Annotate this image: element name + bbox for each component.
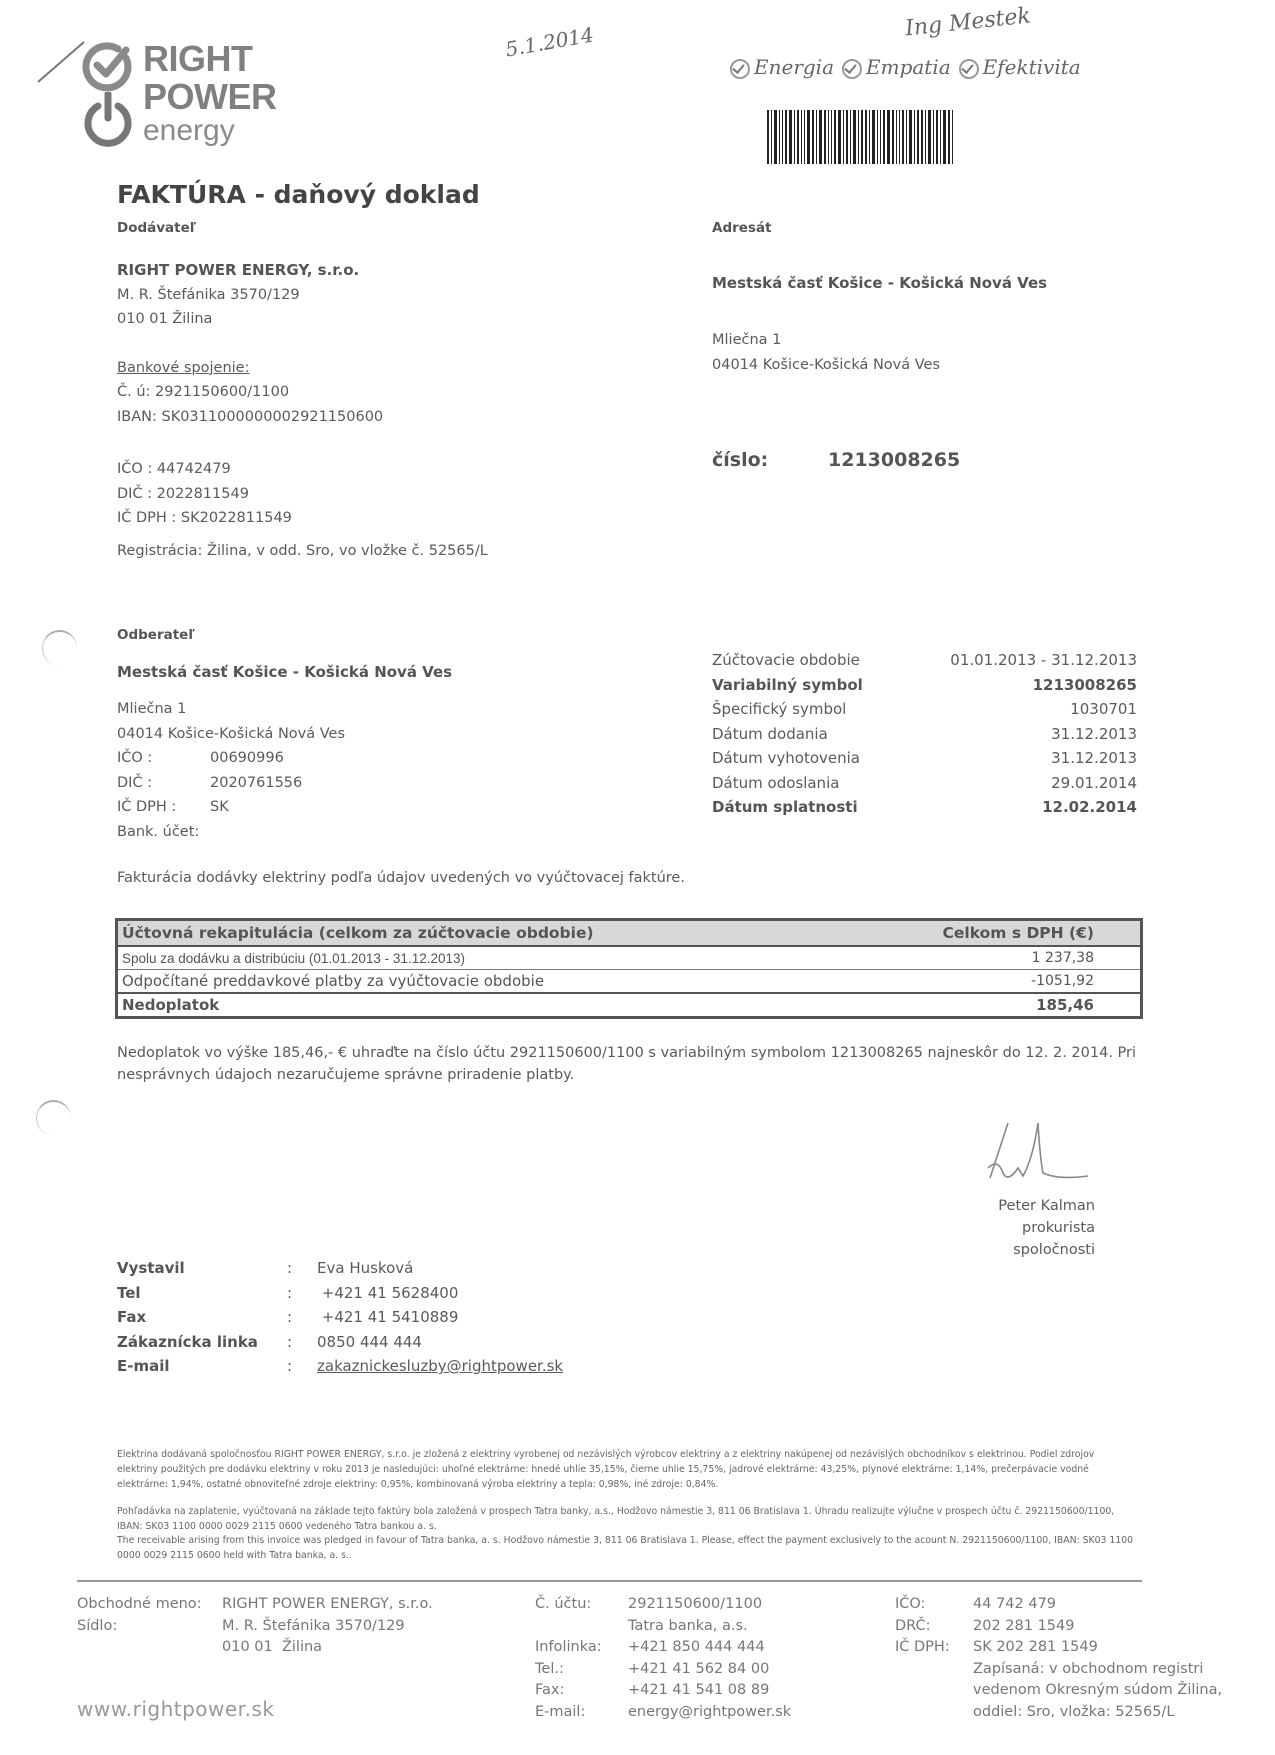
bank-connection-label: Bankové spojenie: — [117, 356, 488, 381]
customer-field-key: IČO : — [117, 746, 210, 771]
customer-city: 04014 Košice-Košická Nová Ves — [117, 722, 345, 747]
contact-row: Fax: +421 41 5410889 — [117, 1305, 563, 1330]
logo-line-3: energy — [143, 116, 277, 146]
detail-value: 29.01.2014 — [1051, 771, 1137, 796]
pledge-notice-en: The receivable arising from this invoice… — [117, 1533, 1137, 1563]
footer-label: IČO: — [895, 1594, 973, 1616]
pen-stroke-mark — [36, 38, 86, 88]
detail-value: 1213008265 — [1033, 673, 1137, 698]
footer-row: Fax:+421 41 541 08 89 — [535, 1680, 791, 1702]
supplier-icdph: IČ DPH : SK2022811549 — [117, 506, 488, 531]
detail-label: Dátum splatnosti — [712, 795, 858, 820]
detail-label: Dátum odoslania — [712, 771, 839, 796]
motto-item: Efektivita — [959, 55, 1081, 79]
contact-row: Zákaznícka linka:0850 444 444 — [117, 1330, 563, 1355]
addressee-city: 04014 Košice-Košická Nová Ves — [712, 353, 940, 378]
footer-value: +421 41 541 08 89 — [628, 1680, 769, 1702]
recap-row-amount: 1 237,38 — [837, 946, 1141, 970]
footer-label — [895, 1659, 973, 1681]
footer-company: Obchodné meno:RIGHT POWER ENERGY, s.r.o.… — [77, 1594, 433, 1659]
barcode — [767, 110, 1034, 164]
detail-label: Variabilný symbol — [712, 673, 863, 698]
footer-row: Tatra banka, a.s. — [535, 1616, 791, 1638]
footer-value: +421 41 562 84 00 — [628, 1659, 769, 1681]
detail-value: 12.02.2014 — [1042, 795, 1137, 820]
check-circle-icon — [842, 59, 862, 79]
contact-label: Vystavil — [117, 1256, 287, 1281]
footer-value: oddiel: Sro, vložka: 52565/L — [973, 1702, 1174, 1724]
footer-row: Obchodné meno:RIGHT POWER ENERGY, s.r.o. — [77, 1594, 433, 1616]
customer-field-value: SK — [210, 795, 229, 820]
contact-value: +421 41 5628400 — [317, 1281, 458, 1306]
footer-value: RIGHT POWER ENERGY, s.r.o. — [222, 1594, 433, 1616]
punch-hole-mark — [42, 630, 77, 666]
supplier-street: M. R. Štefánika 3570/129 — [117, 283, 488, 308]
energy-mix-disclosure: Elektrina dodávaná spoločnosťou RIGHT PO… — [117, 1447, 1137, 1492]
logo-line-1: RIGHT — [143, 40, 277, 78]
footer-label: IČ DPH: — [895, 1637, 973, 1659]
footer-value: Tatra banka, a.s. — [628, 1616, 748, 1638]
pledge-notice-sk: Pohľadávka na zaplatenie, vyúčtovaná na … — [117, 1504, 1137, 1534]
contact-row: E-mail:zakaznickesluzby@rightpower.sk — [117, 1354, 563, 1379]
recap-total-row: Nedoplatok 185,46 — [117, 993, 1142, 1018]
contact-info: Vystavil:Eva HuskováTel: +421 41 5628400… — [117, 1256, 563, 1379]
company-logo: RIGHT POWER energy — [143, 40, 277, 146]
footer-row: Infolinka:+421 850 444 444 — [535, 1637, 791, 1659]
check-circle-icon — [80, 38, 136, 94]
detail-label: Dátum vyhotovenia — [712, 746, 860, 771]
signatory-role: prokurista spoločnosti — [940, 1217, 1095, 1261]
footer-divider — [77, 1580, 1142, 1582]
footer-row: IČ DPH:SK 202 281 1549 — [895, 1637, 1222, 1659]
signatory: Peter Kalman prokurista spoločnosti — [940, 1195, 1095, 1261]
signature-scribble — [978, 1118, 1098, 1198]
recap-header: Účtovná rekapitulácia (celkom za zúčtova… — [117, 920, 838, 947]
footer-value: SK 202 281 1549 — [973, 1637, 1098, 1659]
footer-row: Tel.:+421 41 562 84 00 — [535, 1659, 791, 1681]
detail-value: 01.01.2013 - 31.12.2013 — [950, 648, 1137, 673]
footer-label: Č. účtu: — [535, 1594, 628, 1616]
footer-label: Tel.: — [535, 1659, 628, 1681]
detail-row: Variabilný symbol1213008265 — [712, 673, 1137, 698]
footer-label — [535, 1616, 628, 1638]
check-circle-icon — [730, 59, 750, 79]
footer-label — [895, 1702, 973, 1724]
contact-value: 0850 444 444 — [317, 1330, 422, 1355]
supplier-block: RIGHT POWER ENERGY, s.r.o. M. R. Štefáni… — [117, 258, 488, 563]
detail-row: Špecifický symbol1030701 — [712, 697, 1137, 722]
contact-label: E-mail — [117, 1354, 287, 1379]
supplier-iban: IBAN: SK0311000000002921150600 — [117, 405, 488, 430]
footer-row: vedenom Okresným súdom Žilina, — [895, 1680, 1222, 1702]
detail-row: Dátum odoslania29.01.2014 — [712, 771, 1137, 796]
detail-value: 31.12.2013 — [1051, 722, 1137, 747]
recap-table: Účtovná rekapitulácia (celkom za zúčtova… — [115, 918, 1143, 1019]
customer-name: Mestská časť Košice - Košická Nová Ves — [117, 663, 452, 681]
recap-row-amount: -1051,92 — [837, 970, 1141, 994]
customer-field-key: DIČ : — [117, 771, 210, 796]
handwritten-date: 5.1.2014 — [504, 22, 596, 61]
recap-header-amount: Celkom s DPH (€) — [837, 920, 1141, 947]
footer-label: E-mail: — [535, 1702, 628, 1724]
customer-field: IČ DPH :SK — [117, 795, 345, 820]
footer-contacts: Č. účtu:2921150600/1100Tatra banka, a.s.… — [535, 1594, 791, 1723]
footer-label: Infolinka: — [535, 1637, 628, 1659]
contact-row: Tel: +421 41 5628400 — [117, 1281, 563, 1306]
footer-label: Fax: — [535, 1680, 628, 1702]
footer-value: 010 01 Žilina — [222, 1637, 322, 1659]
footer-label — [895, 1680, 973, 1702]
company-motto: Energia Empatia Efektivita — [730, 55, 1081, 79]
supplier-label: Dodávateľ — [117, 220, 196, 236]
colon-separator: : — [287, 1305, 317, 1330]
colon-separator: : — [287, 1354, 317, 1379]
footer-row: Č. účtu:2921150600/1100 — [535, 1594, 791, 1616]
supplier-ico: IČO : 44742479 — [117, 457, 488, 482]
customer-field: DIČ :2020761556 — [117, 771, 345, 796]
footer-row: DRČ:202 281 1549 — [895, 1616, 1222, 1638]
table-row: Odpočítané preddavkové platby za vyúčtov… — [117, 970, 1142, 994]
contact-label: Fax — [117, 1305, 287, 1330]
motto-item: Energia — [730, 55, 834, 79]
detail-label: Dátum dodania — [712, 722, 828, 747]
detail-value: 31.12.2013 — [1051, 746, 1137, 771]
footer-value: energy@rightpower.sk — [628, 1702, 791, 1724]
addressee-name: Mestská časť Košice - Košická Nová Ves — [712, 274, 1047, 292]
document-title: FAKTÚRA - daňový doklad — [117, 180, 480, 209]
footer-label — [77, 1637, 222, 1659]
recap-total-label: Nedoplatok — [117, 993, 838, 1018]
contact-row: Vystavil:Eva Husková — [117, 1256, 563, 1281]
customer-field-key: Bank. účet: — [117, 820, 210, 845]
colon-separator: : — [287, 1256, 317, 1281]
payment-instructions: Nedoplatok vo výške 185,46,- € uhraďte n… — [117, 1042, 1137, 1086]
detail-label: Špecifický symbol — [712, 697, 846, 722]
punch-hole-mark — [36, 1100, 71, 1136]
footer-value: 202 281 1549 — [973, 1616, 1074, 1638]
addressee-label: Adresát — [712, 220, 772, 236]
footer-label: DRČ: — [895, 1616, 973, 1638]
footer-row: E-mail:energy@rightpower.sk — [535, 1702, 791, 1724]
footer-label: Sídlo: — [77, 1616, 222, 1638]
supplier-name: RIGHT POWER ENERGY, s.r.o. — [117, 258, 488, 283]
footer-value: 2921150600/1100 — [628, 1594, 762, 1616]
website-link[interactable]: www.rightpower.sk — [77, 1697, 274, 1721]
table-row: Spolu za dodávku a distribúciu (01.01.20… — [117, 946, 1142, 970]
recap-header-row: Účtovná rekapitulácia (celkom za zúčtova… — [117, 920, 1142, 947]
recap-total-amount: 185,46 — [837, 993, 1141, 1018]
detail-row: Dátum splatnosti12.02.2014 — [712, 795, 1137, 820]
footer-value: +421 850 444 444 — [628, 1637, 765, 1659]
detail-row: Zúčtovacie obdobie01.01.2013 - 31.12.201… — [712, 648, 1137, 673]
invoice-number: 1213008265 — [828, 449, 960, 471]
billing-note: Fakturácia dodávky elektriny podľa údajo… — [117, 870, 685, 886]
customer-field: Bank. účet: — [117, 820, 345, 845]
footer-row: IČO:44 742 479 — [895, 1594, 1222, 1616]
detail-row: Dátum dodania31.12.2013 — [712, 722, 1137, 747]
supplier-dic: DIČ : 2022811549 — [117, 482, 488, 507]
signatory-name: Peter Kalman — [940, 1195, 1095, 1217]
power-icon — [80, 92, 136, 148]
customer-field: IČO :00690996 — [117, 746, 345, 771]
handwritten-signature: Ing Mestek — [904, 3, 1032, 41]
footer-row: oddiel: Sro, vložka: 52565/L — [895, 1702, 1222, 1724]
footer-row: 010 01 Žilina — [77, 1637, 433, 1659]
addressee-address: Mliečna 1 04014 Košice-Košická Nová Ves — [712, 328, 940, 377]
recap-row-label: Spolu za dodávku a distribúciu (01.01.20… — [117, 946, 838, 970]
customer-field-value: 00690996 — [210, 746, 284, 771]
recap-row-label: Odpočítané preddavkové platby za vyúčtov… — [117, 970, 838, 994]
logo-line-2: POWER — [143, 78, 277, 116]
motto-item: Empatia — [842, 55, 951, 79]
footer-value: 44 742 479 — [973, 1594, 1056, 1616]
detail-label: Zúčtovacie obdobie — [712, 648, 860, 673]
customer-block: Mliečna 1 04014 Košice-Košická Nová Ves … — [117, 697, 345, 844]
addressee-street: Mliečna 1 — [712, 328, 940, 353]
footer-value: vedenom Okresným súdom Žilina, — [973, 1680, 1222, 1702]
colon-separator: : — [287, 1330, 317, 1355]
email-link[interactable]: zakaznickesluzby@rightpower.sk — [317, 1354, 563, 1379]
contact-value: +421 41 5410889 — [317, 1305, 458, 1330]
customer-field-key: IČ DPH : — [117, 795, 210, 820]
contact-value: Eva Husková — [317, 1256, 413, 1281]
check-circle-icon — [959, 59, 979, 79]
footer-value: M. R. Štefánika 3570/129 — [222, 1616, 405, 1638]
customer-street: Mliečna 1 — [117, 697, 345, 722]
colon-separator: : — [287, 1281, 317, 1306]
supplier-registration: Registrácia: Žilina, v odd. Sro, vo vlož… — [117, 539, 488, 564]
footer-registration: IČO:44 742 479DRČ:202 281 1549IČ DPH:SK … — [895, 1594, 1222, 1723]
footer-row: Zapísaná: v obchodnom registri — [895, 1659, 1222, 1681]
footer-label: Obchodné meno: — [77, 1594, 222, 1616]
detail-value: 1030701 — [1070, 697, 1137, 722]
customer-label: Odberateľ — [117, 627, 195, 643]
supplier-account: Č. ú: 2921150600/1100 — [117, 380, 488, 405]
invoice-details: Zúčtovacie obdobie01.01.2013 - 31.12.201… — [712, 648, 1137, 820]
footer-row: Sídlo:M. R. Štefánika 3570/129 — [77, 1616, 433, 1638]
detail-row: Dátum vyhotovenia31.12.2013 — [712, 746, 1137, 771]
invoice-number-label: číslo: — [712, 449, 768, 471]
contact-label: Tel — [117, 1281, 287, 1306]
contact-label: Zákaznícka linka — [117, 1330, 287, 1355]
customer-field-value: 2020761556 — [210, 771, 302, 796]
supplier-city: 010 01 Žilina — [117, 307, 488, 332]
footer-value: Zapísaná: v obchodnom registri — [973, 1659, 1203, 1681]
